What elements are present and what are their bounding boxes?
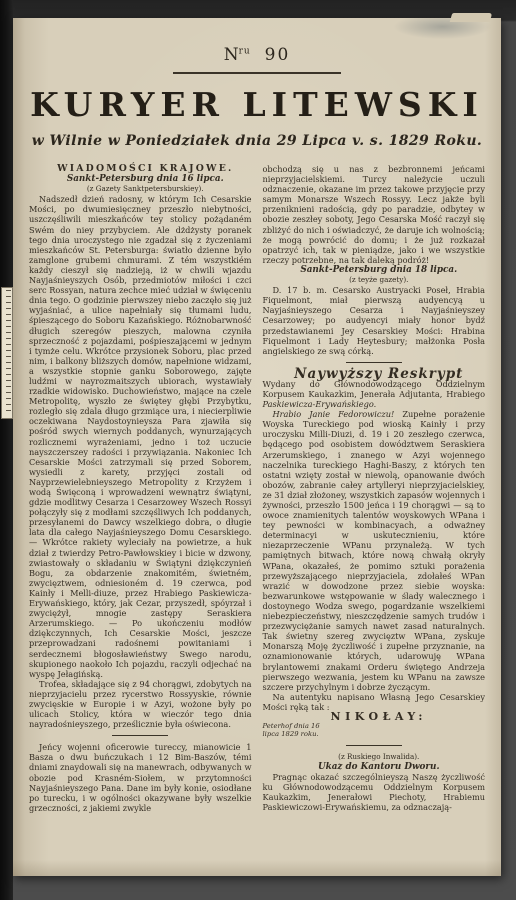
ukaz-source-note: (z Ruskiego Inwalida). (263, 752, 486, 762)
rescript-salutation: Hrabio Janie Fedorowiczu! (273, 409, 395, 419)
article-paragraph: Nadszedł dzień radosny, w którym Ich Ces… (29, 194, 252, 679)
right-column: obchodzą się u nas z bezbronnemi jeńcami… (263, 164, 486, 813)
divider-rule (112, 735, 168, 736)
divider-rule (346, 362, 402, 363)
rescript-body-text: Zupełne porażenie Woyska Tureckiego pod … (263, 409, 486, 692)
divider-rule (346, 745, 402, 746)
ukaz-heading: Ukaz do Kantoru Dworu. (263, 762, 486, 772)
continuation-paragraph: obchodzą się u nas z bezbronnemi jeńcami… (263, 164, 486, 265)
issue-superscript: ru (239, 46, 251, 56)
issue-prefix: N (224, 45, 239, 65)
rescript-intro-text: Wydany do Głównodowodzącego Oddzielnym K… (263, 379, 486, 399)
masthead-dateline: w Wilnie w Poniedziałek dnia 29 Lipca v.… (13, 133, 501, 149)
section-heading: WIADOMOŚCI KRAJOWE. (29, 164, 252, 174)
left-column: WIADOMOŚCI KRAJOWE. Sankt-Petersburg dni… (29, 164, 252, 813)
two-column-body: WIADOMOŚCI KRAJOWE. Sankt-Petersburg dni… (29, 164, 485, 813)
masthead-title: KURYER LITEWSKI (13, 85, 501, 124)
rescript-body: Hrabio Janie Fedorowiczu! Zupełne poraże… (263, 409, 486, 692)
newspaper-page: Nru90 KURYER LITEWSKI w Wilnie w Poniedz… (13, 18, 501, 876)
rescript-intro-name: Paskiewicza-Erywańskiego. (263, 399, 377, 409)
scan-ruler-label (1, 287, 13, 419)
article-paragraph: Jeńcy wojenni oficerowie tureccy, mianow… (29, 742, 252, 813)
issue-number: 90 (265, 45, 291, 65)
ukaz-paragraph: Pragnąc okazać szczególnieyszą Naszę życ… (263, 772, 486, 812)
issue-underline-rule (173, 72, 341, 74)
rescript-heading: Naywyższy Reskrypt (263, 369, 486, 379)
article-source-note: (z Gazety Sanktpetersburskiey). (29, 184, 252, 194)
article-source-note: (z teyże gazety). (263, 275, 486, 285)
imperial-signature: NIKOŁAY: (263, 712, 486, 722)
rescript-closing: Na autentyku napisano Własną Jego Cesars… (263, 692, 486, 712)
article-paragraph: Trofea, składające się z 94 chorągwi, zd… (29, 679, 252, 729)
issue-number-line: Nru90 (13, 18, 501, 65)
paper-tab (450, 13, 493, 22)
article-paragraph: D. 17 b. m. Cesarsko Austryacki Poseł, H… (263, 285, 486, 356)
article-place-date: Sankt-Petersburg dnia 16 lipca. (29, 174, 252, 184)
article-place-date: Sankt-Petersburg dnia 18 lipca. (263, 265, 486, 275)
signature-place-date: Peterhof dnia 16 lipca 1829 roku. (263, 722, 327, 739)
scan-left-edge-strip (0, 0, 13, 900)
rescript-intro: Wydany do Głównodowodzącego Oddzielnym K… (263, 379, 486, 409)
